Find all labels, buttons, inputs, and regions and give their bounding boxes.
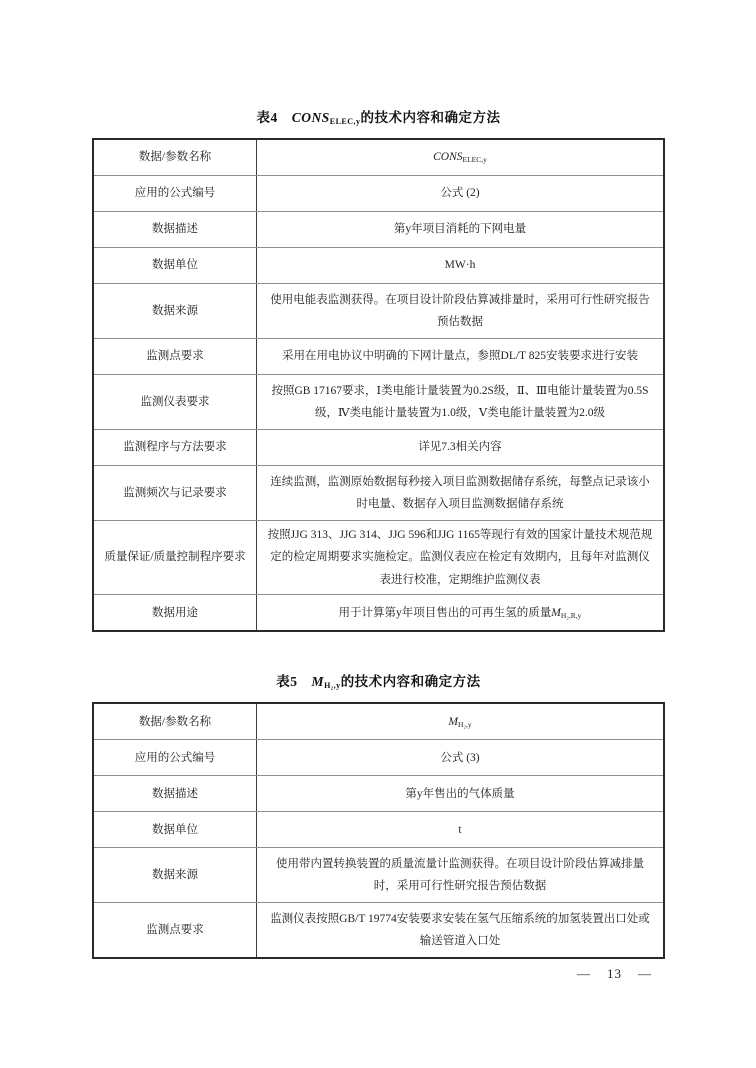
row-label: 数据来源: [94, 284, 257, 338]
row-label: 应用的公式编号: [94, 740, 257, 775]
table-row: 监测点要求 采用在用电协议中明确的下网计量点，参照DL/T 825安装要求进行安…: [94, 338, 663, 374]
page-number-right-dash: —: [638, 966, 652, 982]
row-value: t: [257, 812, 663, 847]
table-row: 数据来源 使用电能表监测获得。在项目设计阶段估算减排量时，采用可行性研究报告预估…: [94, 283, 663, 338]
row-label: 数据/参数名称: [94, 704, 257, 739]
table5-caption-text: 的技术内容和确定方法: [341, 674, 481, 689]
row-label: 质量保证/质量控制程序要求: [94, 521, 257, 594]
row-value: 第y年项目消耗的下网电量: [257, 212, 663, 247]
table4-caption: 表4CONSELEC,y的技术内容和确定方法: [92, 106, 665, 126]
row-label: 数据用途: [94, 595, 257, 630]
table-row: 应用的公式编号 公式 (3): [94, 739, 663, 775]
row-value: 详见7.3相关内容: [257, 430, 663, 465]
parameter-variable: CONS: [433, 151, 462, 163]
table-row: 监测频次与记录要求 连续监测，监测原始数据每秒接入项目监测数据储存系统，每整点记…: [94, 465, 663, 520]
usage-variable-subscript: H₂,R,y: [561, 611, 582, 620]
table-row: 数据描述 第y年售出的气体质量: [94, 775, 663, 811]
page-content: 表4CONSELEC,y的技术内容和确定方法 数据/参数名称 CONSELEC,…: [92, 106, 665, 959]
table-row: 数据用途 用于计算第y年项目售出的可再生氢的质量MH₂,R,y: [94, 594, 663, 630]
row-value: 第y年售出的气体质量: [257, 776, 663, 811]
row-value: 按照JJG 313、JJG 314、JJG 596和JJG 1165等现行有效的…: [257, 521, 663, 594]
usage-text: 用于计算第y年项目售出的可再生氢的质量: [339, 607, 552, 619]
row-label: 监测点要求: [94, 339, 257, 374]
table-row: 数据描述 第y年项目消耗的下网电量: [94, 211, 663, 247]
row-label: 监测点要求: [94, 903, 257, 957]
row-value: 监测仪表按照GB/T 19774安装要求安装在氢气压缩系统的加氢装置出口处或输送…: [257, 903, 663, 957]
table-row: 数据/参数名称 CONSELEC,y: [94, 140, 663, 175]
table5-caption-variable-subscript: H₂,y: [324, 681, 341, 690]
parameter-variable-subscript: ELEC,y: [463, 155, 487, 164]
row-label: 监测程序与方法要求: [94, 430, 257, 465]
table5: 数据/参数名称 MH₂,y 应用的公式编号 公式 (3) 数据描述 第y年售出的…: [92, 702, 665, 959]
document-page: 表4CONSELEC,y的技术内容和确定方法 数据/参数名称 CONSELEC,…: [0, 0, 756, 1068]
table4-caption-text: 的技术内容和确定方法: [361, 110, 501, 125]
table-row: 质量保证/质量控制程序要求 按照JJG 313、JJG 314、JJG 596和…: [94, 520, 663, 594]
table-row: 应用的公式编号 公式 (2): [94, 175, 663, 211]
row-label: 监测频次与记录要求: [94, 466, 257, 520]
page-number-value: 13: [607, 966, 622, 982]
row-label: 监测仪表要求: [94, 375, 257, 429]
row-value: CONSELEC,y: [257, 140, 663, 175]
row-label: 数据单位: [94, 248, 257, 283]
table-row: 数据单位 t: [94, 811, 663, 847]
page-number: — 13 —: [577, 966, 652, 982]
row-label: 应用的公式编号: [94, 176, 257, 211]
table-row: 数据/参数名称 MH₂,y: [94, 704, 663, 739]
table5-caption-number: 表5: [276, 674, 297, 689]
table-row: 数据来源 使用带内置转换装置的质量流量计监测获得。在项目设计阶段估算减排量时，采…: [94, 847, 663, 902]
page-number-left-dash: —: [577, 966, 591, 982]
table4-caption-variable-subscript: ELEC,y: [330, 117, 361, 126]
row-value: 连续监测，监测原始数据每秒接入项目监测数据储存系统，每整点记录该小时电量、数据存…: [257, 466, 663, 520]
row-label: 数据来源: [94, 848, 257, 902]
row-label: 数据描述: [94, 776, 257, 811]
table-row: 监测仪表要求 按照GB 17167要求，Ⅰ类电能计量装置为0.2S级，Ⅱ、Ⅲ电能…: [94, 374, 663, 429]
table4-caption-number: 表4: [256, 110, 277, 125]
row-value: 用于计算第y年项目售出的可再生氢的质量MH₂,R,y: [257, 595, 663, 630]
table5-caption-variable: M: [312, 674, 325, 689]
parameter-variable-subscript: H₂,y: [458, 720, 472, 729]
table4-caption-variable: CONS: [292, 110, 330, 125]
row-label: 数据描述: [94, 212, 257, 247]
row-label: 数据单位: [94, 812, 257, 847]
row-value: 公式 (2): [257, 176, 663, 211]
row-value: MW·h: [257, 248, 663, 283]
row-value: MH₂,y: [257, 704, 663, 739]
row-value: 使用带内置转换装置的质量流量计监测获得。在项目设计阶段估算减排量时，采用可行性研…: [257, 848, 663, 902]
row-value: 采用在用电协议中明确的下网计量点，参照DL/T 825安装要求进行安装: [257, 339, 663, 374]
row-value: 使用电能表监测获得。在项目设计阶段估算减排量时，采用可行性研究报告预估数据: [257, 284, 663, 338]
table5-caption: 表5MH₂,y的技术内容和确定方法: [92, 670, 665, 690]
row-value: 按照GB 17167要求，Ⅰ类电能计量装置为0.2S级，Ⅱ、Ⅲ电能计量装置为0.…: [257, 375, 663, 429]
row-label: 数据/参数名称: [94, 140, 257, 175]
table4: 数据/参数名称 CONSELEC,y 应用的公式编号 公式 (2) 数据描述 第…: [92, 138, 665, 632]
table-row: 监测程序与方法要求 详见7.3相关内容: [94, 429, 663, 465]
parameter-variable: M: [448, 716, 458, 728]
table-row: 数据单位 MW·h: [94, 247, 663, 283]
row-value: 公式 (3): [257, 740, 663, 775]
usage-variable: M: [551, 607, 561, 619]
table-row: 监测点要求 监测仪表按照GB/T 19774安装要求安装在氢气压缩系统的加氢装置…: [94, 902, 663, 957]
